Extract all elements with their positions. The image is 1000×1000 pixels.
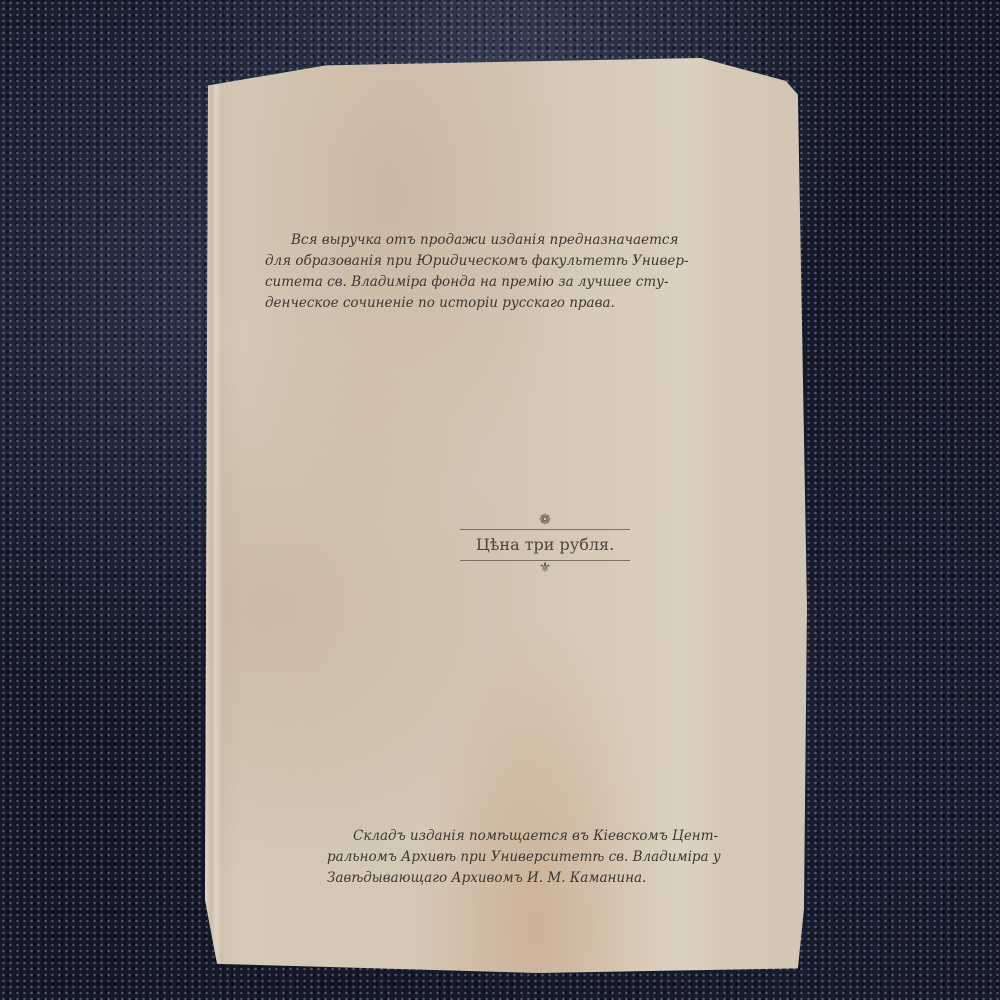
price-block: ❁ Цѣна три рубля. ⚜ — [460, 513, 630, 577]
notice-line: Складъ изданія помѣщается въ Кіевскомъ Ц… — [327, 826, 749, 847]
notice-line: для образованія при Юридическомъ факульт… — [265, 251, 685, 272]
notice-line: Вся выручка отъ продажи изданія предназн… — [265, 230, 685, 251]
price-label: Цѣна три рубля. — [460, 530, 630, 560]
scroll-ornament-icon: ⚜ — [460, 561, 630, 577]
page-edges — [205, 58, 223, 973]
notice-line: ситета св. Владиміра фонда на премію за … — [265, 272, 685, 293]
notice-line: Завѣдывающаго Архивомъ И. М. Каманина. — [327, 868, 749, 889]
notice-line: денческое сочиненіе по исторіи русскаго … — [265, 293, 685, 314]
notice-line: ральномъ Архивѣ при Университетѣ св. Вла… — [327, 847, 749, 868]
book-back-cover: Вся выручка отъ продажи изданія предназн… — [205, 58, 810, 973]
flower-ornament-icon: ❁ — [460, 513, 630, 529]
proceeds-notice: Вся выручка отъ продажи изданія предназн… — [265, 230, 685, 314]
warehouse-notice: Складъ изданія помѣщается въ Кіевскомъ Ц… — [327, 826, 749, 889]
